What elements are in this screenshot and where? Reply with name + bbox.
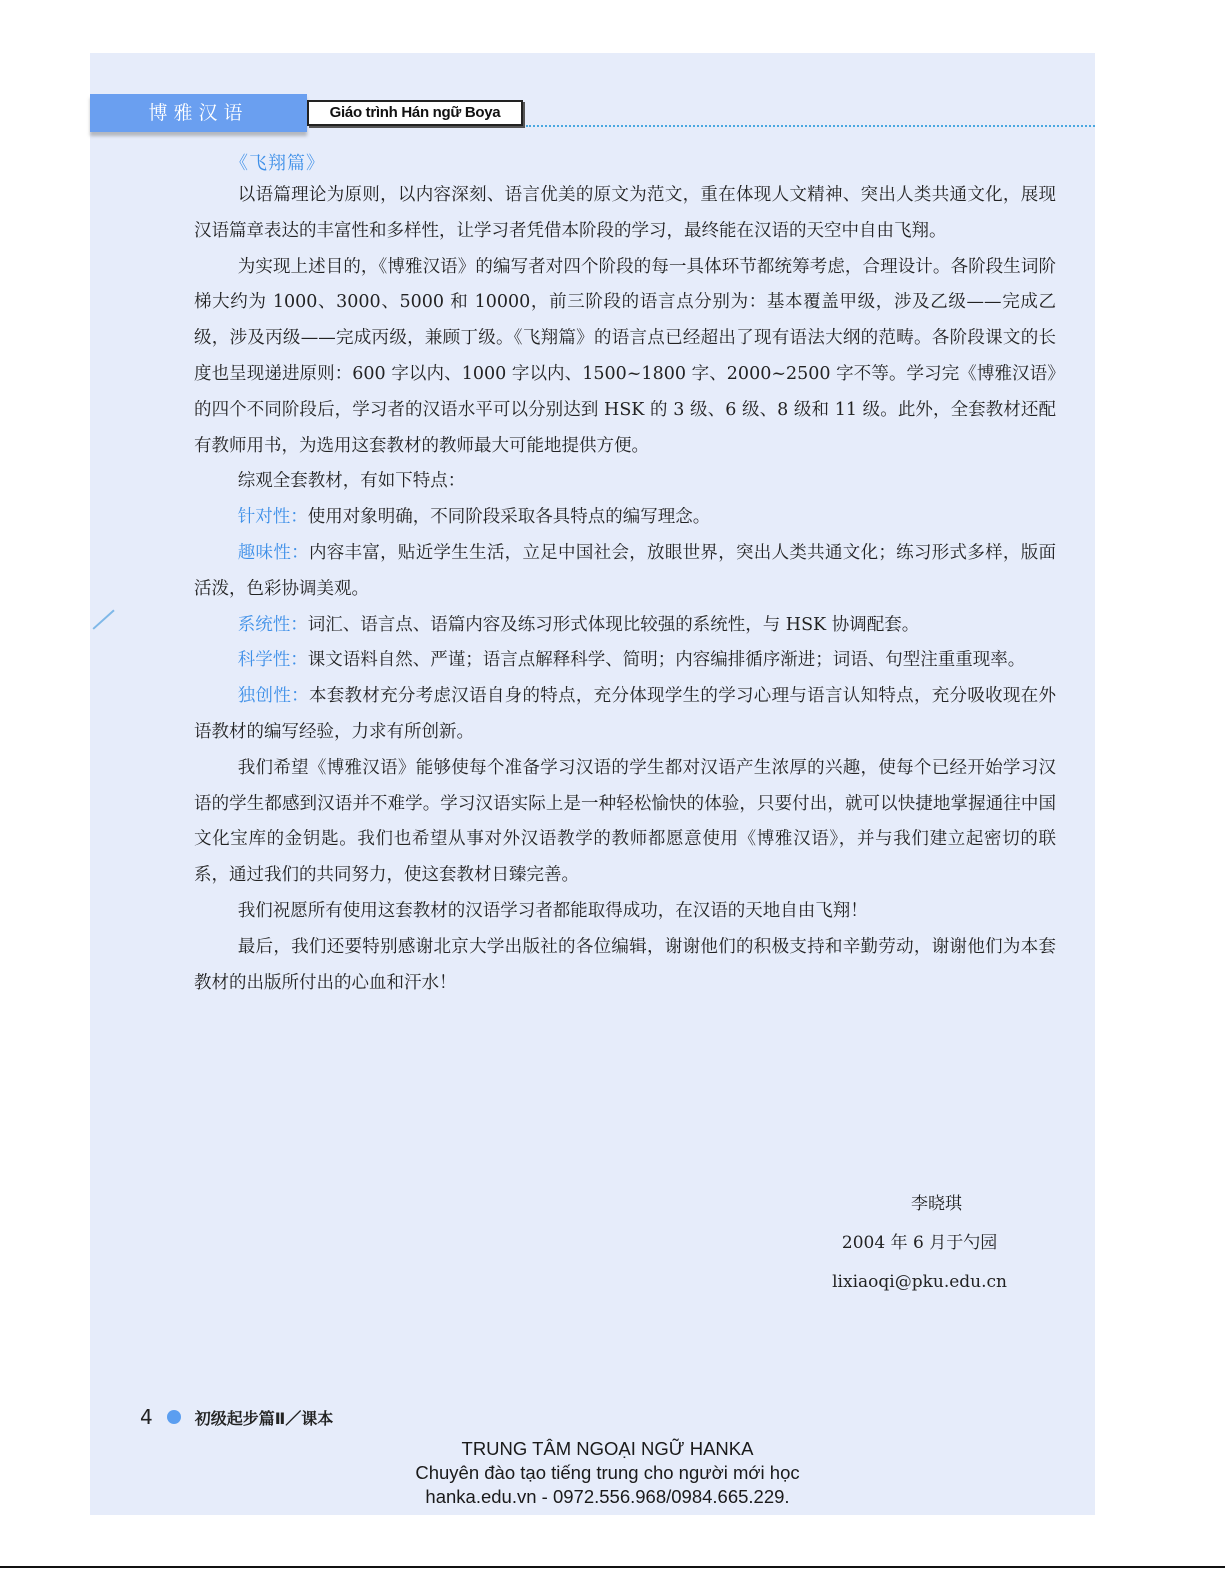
- feature-item: 系统性：词汇、语言点、语篇内容及练习形式体现比较强的系统性，与 HSK 协调配套…: [194, 608, 1056, 644]
- watermark-line: TRUNG TÂM NGOẠI NGỮ HANKA: [90, 1437, 1125, 1461]
- header-title-box: Giáo trình Hán ngữ Boya: [307, 100, 523, 126]
- book-page: 博雅汉语 Giáo trình Hán ngữ Boya 《飞翔篇》 以语篇理论…: [90, 53, 1095, 1515]
- feature-label: 趣味性：: [238, 543, 309, 563]
- feature-item: 科学性：课文语料自然、严谨；语言点解释科学、简明；内容编排循序渐进；词语、句型注…: [194, 643, 1056, 679]
- feature-item: 独创性：本套教材充分考虑汉语自身的特点，充分体现学生的学习心理与语言认知特点，充…: [194, 679, 1056, 751]
- paragraph: 为实现上述目的，《博雅汉语》的编写者对四个阶段的每一具体环节都统筹考虑，合理设计…: [194, 250, 1056, 465]
- bullet-dot-icon: [167, 1410, 181, 1424]
- feature-item: 针对性：使用对象明确，不同阶段采取各具特点的编写理念。: [194, 500, 1056, 536]
- book-title-cn: 博雅汉语: [90, 94, 307, 132]
- author-email: lixiaoqi@pku.edu.cn: [832, 1263, 1007, 1302]
- date-place: 2004 年 6 月于勺园: [832, 1224, 1007, 1263]
- book-part-label: 初级起步篇Ⅱ／课本: [195, 1406, 334, 1429]
- scan-bottom-border: [0, 1566, 1225, 1568]
- watermark: TRUNG TÂM NGOẠI NGỮ HANKA Chuyên đào tạo…: [90, 1437, 1125, 1509]
- paragraph: 我们希望《博雅汉语》能够使每个准备学习汉语的学生都对汉语产生浓厚的兴趣，使每个已…: [194, 751, 1056, 894]
- feature-label: 系统性：: [238, 615, 308, 635]
- body-text: 以语篇理论为原则，以内容深刻、语言优美的原文为范文，重在体现人文精神、突出人类共…: [194, 178, 1056, 1001]
- page-footer: 4 初级起步篇Ⅱ／课本: [140, 1405, 333, 1429]
- section-title: 《飞翔篇》: [230, 149, 325, 175]
- feature-label: 针对性：: [238, 507, 308, 527]
- author-name: 李晓琪: [832, 1185, 962, 1224]
- paragraph: 最后，我们还要特别感谢北京大学出版社的各位编辑，谢谢他们的积极支持和辛勤劳动，谢…: [194, 930, 1056, 1002]
- feature-item: 趣味性：内容丰富，贴近学生生活，立足中国社会，放眼世界，突出人类共通文化；练习形…: [194, 536, 1056, 608]
- watermark-line: hanka.edu.vn - 0972.556.968/0984.665.229…: [90, 1485, 1125, 1509]
- page-number: 4: [140, 1405, 153, 1429]
- header-band: 博雅汉语: [90, 94, 307, 132]
- paragraph: 综观全套教材，有如下特点：: [194, 464, 1056, 500]
- feature-text: 课文语料自然、严谨；语言点解释科学、简明；内容编排循序渐进；词语、句型注重重现率…: [308, 650, 1026, 670]
- feature-text: 本套教材充分考虑汉语自身的特点，充分体现学生的学习心理与语言认知特点，充分吸收现…: [194, 686, 1056, 742]
- feature-text: 使用对象明确，不同阶段采取各具特点的编写理念。: [308, 507, 711, 527]
- feature-label: 独创性：: [238, 686, 309, 706]
- feature-text: 词汇、语言点、语篇内容及练习形式体现比较强的系统性，与 HSK 协调配套。: [308, 615, 919, 635]
- book-title-vn: Giáo trình Hán ngữ Boya: [309, 102, 521, 124]
- feature-text: 内容丰富，贴近学生生活，立足中国社会，放眼世界，突出人类共通文化；练习形式多样，…: [194, 543, 1056, 599]
- signature-block: 李晓琪 2004 年 6 月于勺园 lixiaoqi@pku.edu.cn: [832, 1185, 1007, 1302]
- header-dotted-rule: [526, 125, 1095, 127]
- scan-mark: [92, 609, 114, 629]
- feature-label: 科学性：: [238, 650, 308, 670]
- paragraph: 以语篇理论为原则，以内容深刻、语言优美的原文为范文，重在体现人文精神、突出人类共…: [194, 178, 1056, 250]
- paragraph: 我们祝愿所有使用这套教材的汉语学习者都能取得成功，在汉语的天地自由飞翔！: [194, 894, 1056, 930]
- watermark-line: Chuyên đào tạo tiếng trung cho người mới…: [90, 1461, 1125, 1485]
